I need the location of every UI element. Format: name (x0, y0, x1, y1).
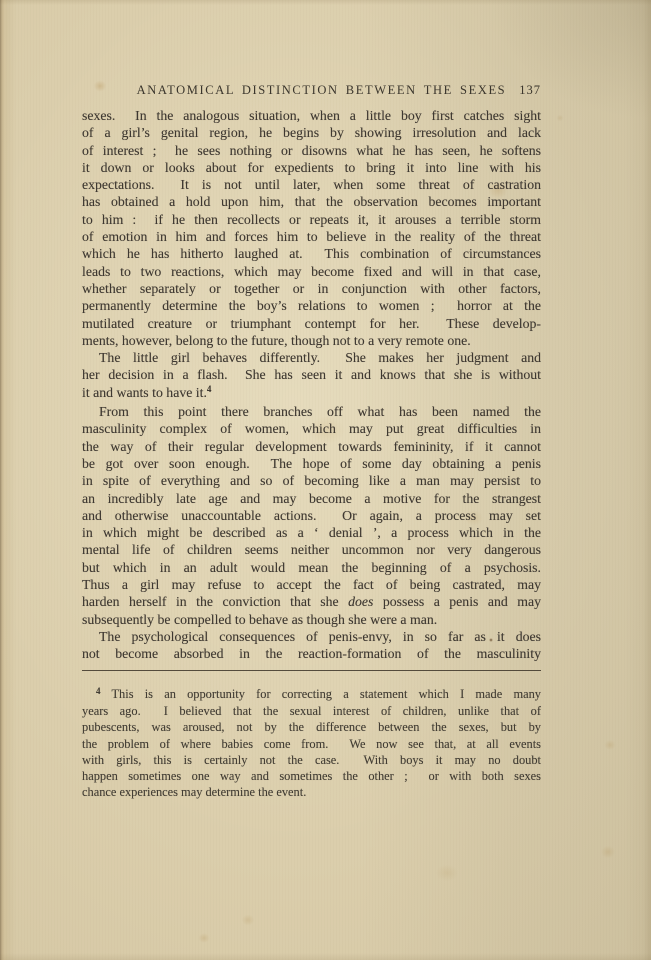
text-line: subsequently be compelled to behave as t… (82, 611, 541, 628)
text-line: but which in an adult would mean the beg… (82, 559, 541, 576)
book-page: ANATOMICAL DISTINCTION BETWEEN THE SEXES… (0, 0, 651, 960)
text-line: has obtained a hold upon him, that the o… (82, 193, 541, 210)
page-number: 137 (519, 83, 541, 97)
text-line: not become absorbed in the reaction-form… (82, 645, 541, 662)
text-line: harden herself in the conviction that sh… (82, 593, 541, 610)
text-line: of a girl’s genital region, he begins by… (82, 124, 541, 141)
text-line: it down or looks about for expedients to… (82, 159, 541, 176)
text-line: From this point there branches off what … (82, 403, 541, 420)
text-line: mutilated creature or triumphant contemp… (82, 315, 541, 332)
text-line: The little girl behaves differently. She… (82, 349, 541, 366)
text-line: sexes. In the analogous situation, when … (82, 107, 541, 124)
footnote-separator (82, 670, 541, 671)
text-line: mental life of children seems neither un… (82, 541, 541, 558)
text-line: 4 This is an opportunity for correcting … (82, 686, 541, 703)
text-line: ments, however, belong to the future, th… (82, 332, 541, 349)
text-line: in spite of everything and so of becomin… (82, 472, 541, 489)
text-line: chance experiences may determine the eve… (82, 784, 541, 800)
text-line: of interest ; he sees nothing or disowns… (82, 142, 541, 159)
running-head-title: ANATOMICAL DISTINCTION BETWEEN THE SEXES (137, 83, 507, 97)
text-line: it and wants to have it.4 (82, 384, 541, 403)
text-line: with girls, this is certainly not the ca… (82, 752, 541, 768)
text-line: masculinity complex of women, which may … (82, 420, 541, 437)
text-line: be got over soon enough. The hope of som… (82, 455, 541, 472)
text-line: which he has hitherto laughed at. This c… (82, 245, 541, 262)
text-line: the problem of where babies come from. W… (82, 736, 541, 752)
text-line: happen sometimes one way and sometimes t… (82, 768, 541, 784)
text-line: her decision in a flash. She has seen it… (82, 366, 541, 383)
text-line: Thus a girl may refuse to accept the fac… (82, 576, 541, 593)
text-line: the way of their regular development tow… (82, 438, 541, 455)
text-line: an incredibly late age and may become a … (82, 490, 541, 507)
text-line: leads to two reactions, which may become… (82, 263, 541, 280)
text-line: expectations. It is not until later, whe… (82, 176, 541, 193)
text-line: years ago. I believed that the sexual in… (82, 703, 541, 719)
text-line: to him : if he then recollects or repeat… (82, 211, 541, 228)
footnote: 4 This is an opportunity for correcting … (82, 686, 541, 800)
text-line: whether separately or together or in con… (82, 280, 541, 297)
body-text: sexes. In the analogous situation, when … (82, 107, 541, 663)
text-line: and otherwise unaccountable actions. Or … (82, 507, 541, 524)
text-line: The psychological consequences of penis-… (82, 628, 541, 645)
text-line: in which might be described as a ‘ denia… (82, 524, 541, 541)
text-line: pubescents, was aroused, not by the diff… (82, 719, 541, 735)
text-line: permanently determine the boy’s relation… (82, 297, 541, 314)
running-head: ANATOMICAL DISTINCTION BETWEEN THE SEXES… (82, 83, 541, 98)
text-line: of emotion in him and forces him to beli… (82, 228, 541, 245)
